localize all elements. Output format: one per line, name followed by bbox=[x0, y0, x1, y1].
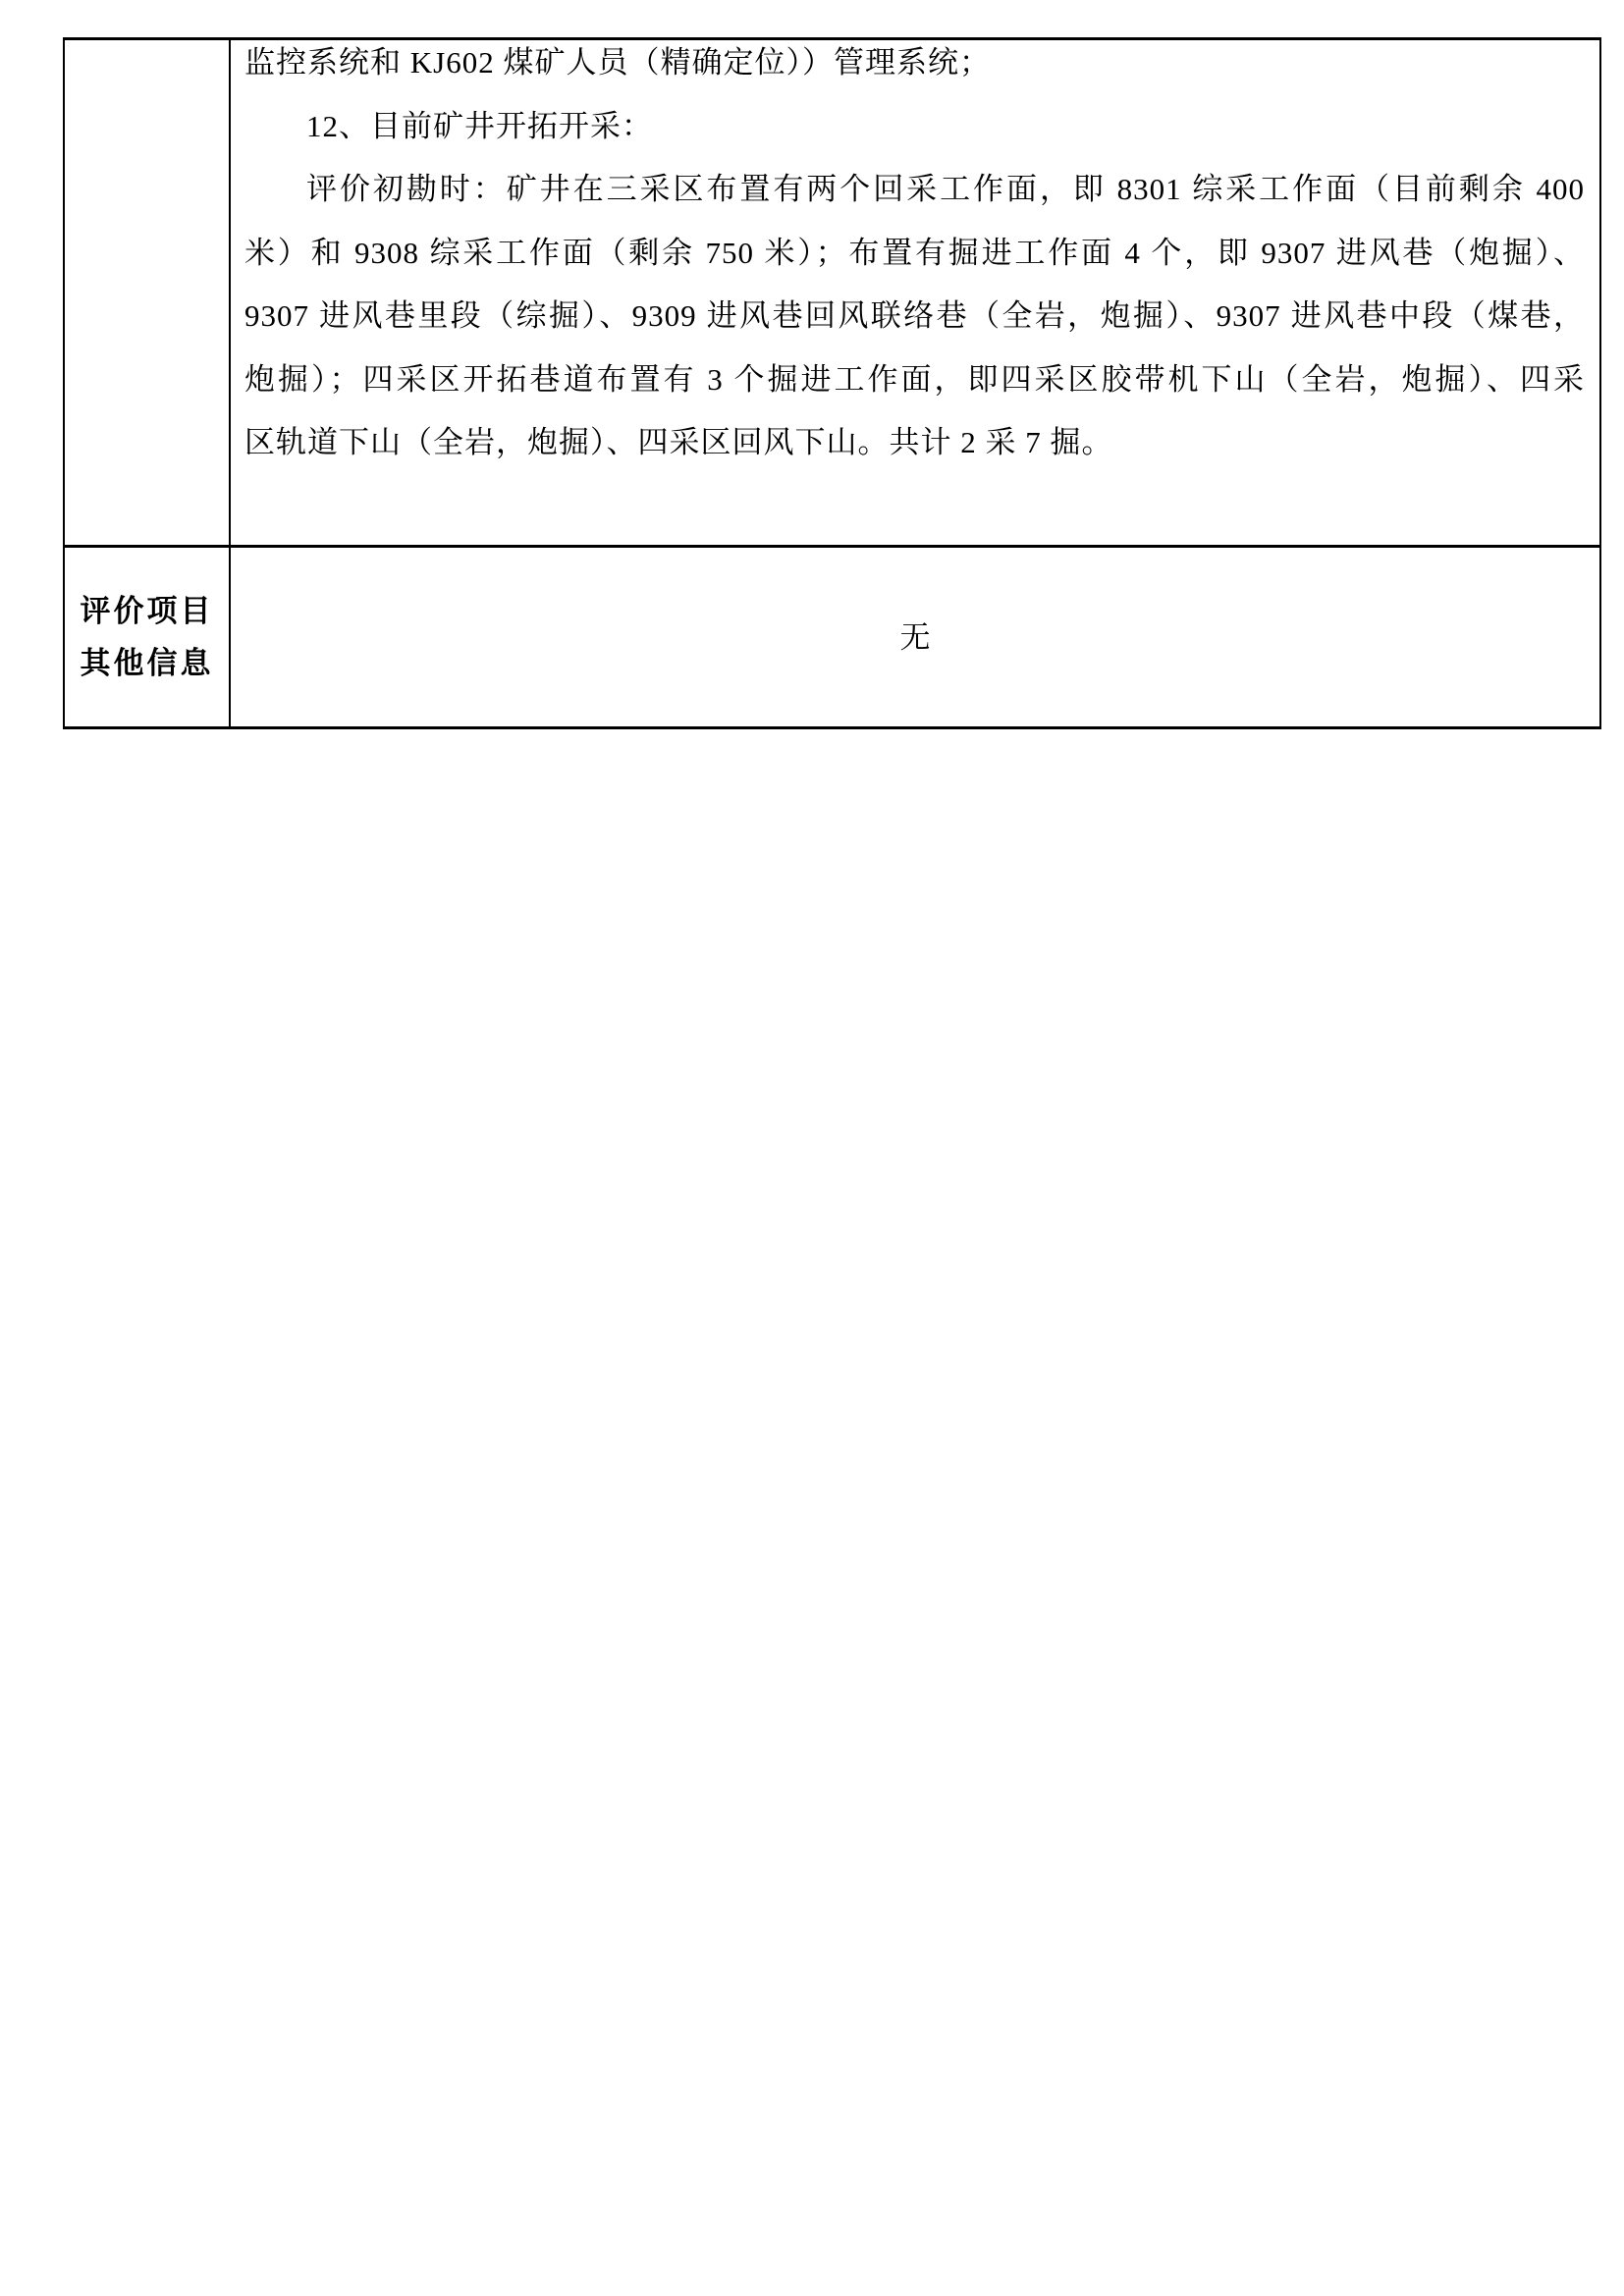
row2-content-cell: 无 bbox=[231, 548, 1599, 726]
text-line: 评价初勘时：矿井在三采区布置有两个回采工作面，即 8301 综采工作面（目前剩余… bbox=[244, 158, 1585, 222]
document-page: 监控系统和 KJ602 煤矿人员（精确定位））管理系统；12、目前矿井开拓开采：… bbox=[0, 0, 1624, 2296]
label-line: 其他信息 bbox=[81, 637, 214, 689]
text-line: 米）和 9308 综采工作面（剩余 750 米）；布置有掘进工作面 4 个，即 … bbox=[244, 222, 1585, 286]
evaluation-info-table: 监控系统和 KJ602 煤矿人员（精确定位））管理系统；12、目前矿井开拓开采：… bbox=[63, 37, 1601, 729]
table-row-content: 监控系统和 KJ602 煤矿人员（精确定位））管理系统；12、目前矿井开拓开采：… bbox=[65, 40, 1599, 548]
row1-content-cell: 监控系统和 KJ602 煤矿人员（精确定位））管理系统；12、目前矿井开拓开采：… bbox=[231, 40, 1599, 545]
label-line: 评价项目 bbox=[81, 585, 214, 637]
text-line: 9307 进风巷里段（综掘）、9309 进风巷回风联络巷（全岩，炮掘）、9307… bbox=[244, 285, 1585, 348]
row-header-label: 评价项目其他信息 bbox=[81, 585, 214, 689]
text-line: 区轨道下山（全岩，炮掘）、四采区回风下山。共计 2 采 7 掘。 bbox=[244, 411, 1585, 475]
paragraph-text: 监控系统和 KJ602 煤矿人员（精确定位））管理系统；12、目前矿井开拓开采：… bbox=[244, 40, 1585, 475]
table-row-other-info: 评价项目其他信息 无 bbox=[65, 548, 1599, 726]
text-line: 12、目前矿井开拓开采： bbox=[244, 95, 1585, 159]
row2-label-cell: 评价项目其他信息 bbox=[65, 548, 231, 726]
row1-label-cell-empty bbox=[65, 40, 231, 545]
text-line: 监控系统和 KJ602 煤矿人员（精确定位））管理系统； bbox=[244, 40, 1585, 95]
text-line: 炮掘）；四采区开拓巷道布置有 3 个掘进工作面，即四采区胶带机下山（全岩，炮掘）… bbox=[244, 348, 1585, 412]
none-value-text: 无 bbox=[900, 622, 931, 653]
